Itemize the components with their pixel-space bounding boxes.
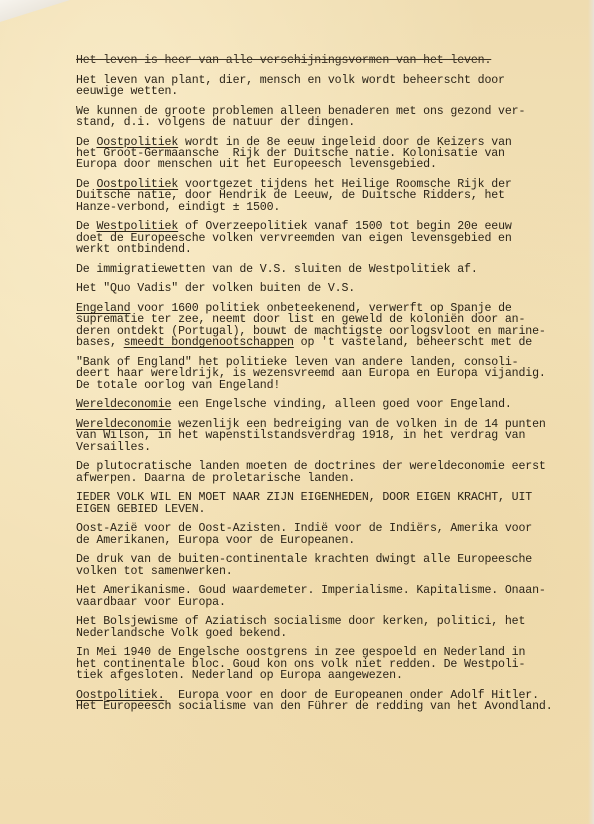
text-line: bases, smeedt bondgenootschappen op 't v… bbox=[76, 337, 592, 348]
text-line: Het "Quo Vadis" der volken buiten de V.S… bbox=[76, 283, 592, 294]
text-line: EIGEN GEBIED LEVEN. bbox=[76, 504, 592, 515]
paragraph: De Westpolitiek of Overzeepolitiek vanaf… bbox=[76, 221, 592, 255]
paragraph: Oostpolitiek. Europa voor en door de Eur… bbox=[76, 690, 592, 713]
paragraph: De Oostpolitiek voortgezet tijdens het H… bbox=[76, 179, 592, 213]
paragraph: Het leven van plant, dier, mensch en vol… bbox=[76, 75, 592, 98]
paragraph: We kunnen de groote problemen alleen ben… bbox=[76, 106, 592, 129]
text-line: Nederlandsche Volk goed bekend. bbox=[76, 628, 592, 639]
paragraph: Engeland voor 1600 politiek onbeteekenen… bbox=[76, 303, 592, 349]
text-line: tiek afgesloten. Nederland op Europa aan… bbox=[76, 670, 592, 681]
text-line: Versailles. bbox=[76, 442, 592, 453]
text-line: IEDER VOLK WIL EN MOET NAAR ZIJN EIGENHE… bbox=[76, 492, 592, 503]
text-line: Wereldeconomie een Engelsche vinding, al… bbox=[76, 399, 592, 410]
paragraph: De Oostpolitiek wordt in de 8e eeuw inge… bbox=[76, 137, 592, 171]
page-text: Het leven is heer van alle verschijnings… bbox=[76, 55, 592, 721]
text-line: Het leven is heer van alle verschijnings… bbox=[76, 55, 592, 66]
paragraph: Wereldeconomie een Engelsche vinding, al… bbox=[76, 399, 592, 410]
text-line: Het Europeesch socialisme van den Führer… bbox=[76, 701, 592, 712]
paragraph: Het Amerikanisme. Goud waardemeter. Impe… bbox=[76, 585, 592, 608]
paragraph: Wereldeconomie wezenlijk een bedreiging … bbox=[76, 419, 592, 453]
paragraph: Het leven is heer van alle verschijnings… bbox=[76, 55, 592, 66]
paragraph: Oost-Azië voor de Oost-Azisten. Indië vo… bbox=[76, 523, 592, 546]
typewritten-page: Het leven is heer van alle verschijnings… bbox=[0, 0, 594, 824]
text-line: de Amerikanen, Europa voor de Europeanen… bbox=[76, 535, 592, 546]
text-line: De plutocratische landen moeten de doctr… bbox=[76, 461, 592, 472]
text-line: Oost-Azië voor de Oost-Azisten. Indië vo… bbox=[76, 523, 592, 534]
text-line: Het Bolsjewisme of Aziatisch socialisme … bbox=[76, 616, 592, 627]
paragraph: IEDER VOLK WIL EN MOET NAAR ZIJN EIGENHE… bbox=[76, 492, 592, 515]
underlined-term: Wereldeconomie bbox=[76, 398, 171, 411]
text-line: werkt ontbindend. bbox=[76, 244, 592, 255]
paragraph: De immigratiewetten van de V.S. sluiten … bbox=[76, 264, 592, 275]
text-line: volken tot samenwerken. bbox=[76, 566, 592, 577]
text-line: De immigratiewetten van de V.S. sluiten … bbox=[76, 264, 592, 275]
underlined-term: smeedt bondgenootschappen bbox=[124, 336, 294, 349]
text-line: van Wilson, in het wapenstilstandsverdra… bbox=[76, 430, 592, 441]
text-line: De totale oorlog van Engeland! bbox=[76, 380, 592, 391]
text-line: Het Amerikanisme. Goud waardemeter. Impe… bbox=[76, 585, 592, 596]
text-line: Hanze-verbond, eindigt ± 1500. bbox=[76, 202, 592, 213]
text-line: Europa door menschen uit het Europeesch … bbox=[76, 159, 592, 170]
paragraph: Het Bolsjewisme of Aziatisch socialisme … bbox=[76, 616, 592, 639]
text-line: In Mei 1940 de Engelsche oostgrens in ze… bbox=[76, 647, 592, 658]
text-line: afwerpen. Daarna de proletarische landen… bbox=[76, 473, 592, 484]
paragraph: In Mei 1940 de Engelsche oostgrens in ze… bbox=[76, 647, 592, 681]
text-line: vaardbaar voor Europa. bbox=[76, 597, 592, 608]
paragraph: De plutocratische landen moeten de doctr… bbox=[76, 461, 592, 484]
paragraph: "Bank of England" het politieke leven va… bbox=[76, 357, 592, 391]
text-line: deert haar wereldrijk, is wezensvreemd a… bbox=[76, 368, 592, 379]
paragraph: Het "Quo Vadis" der volken buiten de V.S… bbox=[76, 283, 592, 294]
text-line: eeuwige wetten. bbox=[76, 86, 592, 97]
text-line: De druk van de buiten-continentale krach… bbox=[76, 554, 592, 565]
text-line: stand, d.i. volgens de natuur der dingen… bbox=[76, 117, 592, 128]
paragraph: De druk van de buiten-continentale krach… bbox=[76, 554, 592, 577]
